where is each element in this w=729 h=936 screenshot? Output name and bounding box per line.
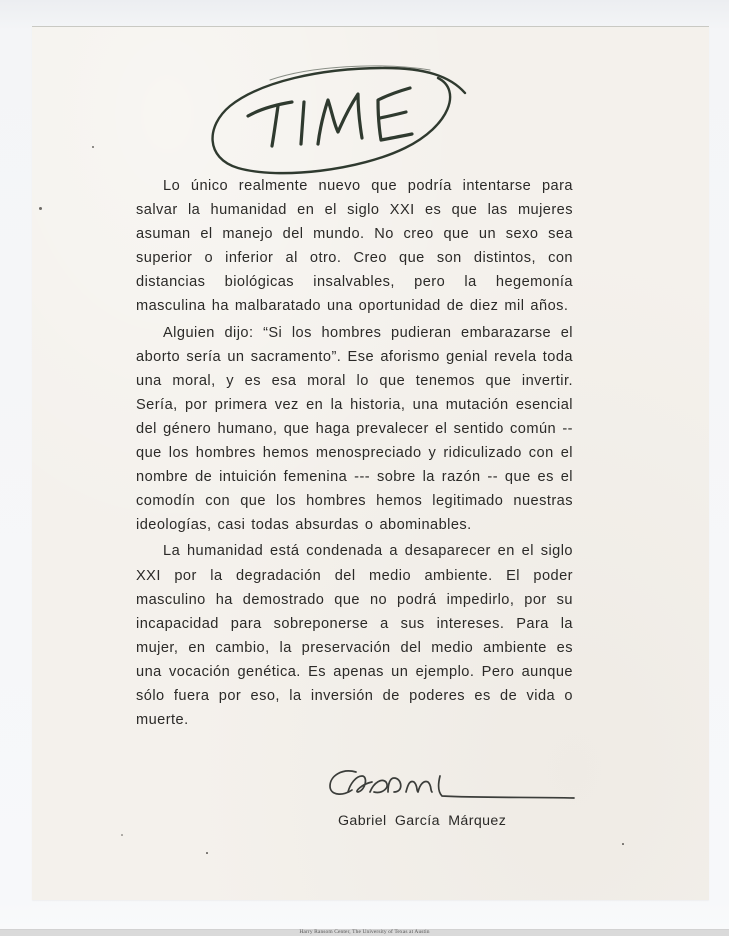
paragraph: Alguien dijo: “Si los hombres pudieran e…	[136, 321, 573, 538]
dust-speck	[206, 852, 208, 854]
paragraph: La humanidad está condenada a desaparece…	[136, 539, 573, 732]
dust-speck	[92, 146, 94, 148]
circle-stroke	[213, 68, 465, 173]
dust-speck	[39, 207, 42, 210]
letter-body: Lo único realmente nuevo que podría inte…	[136, 174, 573, 734]
dust-speck	[121, 834, 123, 836]
archive-credit: Harry Ransom Center, The University of T…	[0, 928, 729, 936]
handwritten-signature: Gabriel handwritten signature	[322, 762, 582, 807]
author-name: Gabriel García Márquez	[338, 813, 506, 829]
dust-speck	[622, 843, 624, 845]
paragraph: Lo único realmente nuevo que podría inte…	[136, 174, 573, 319]
handwritten-title-circled: TIME	[200, 48, 480, 183]
